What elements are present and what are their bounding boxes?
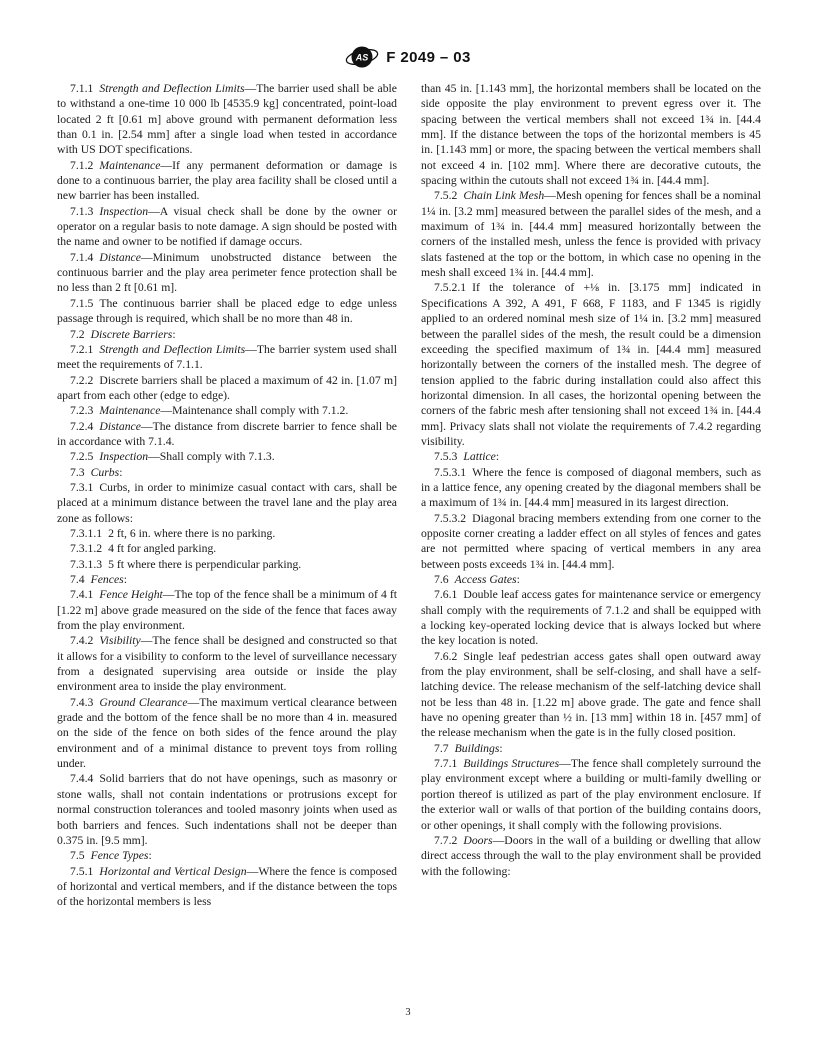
paragraph: 7.5.1Horizontal and Vertical Design—Wher… bbox=[57, 864, 397, 910]
section-number: 7.2.2 bbox=[70, 374, 99, 387]
paragraph: 7.1.2Maintenance—If any permanent deform… bbox=[57, 158, 397, 204]
section-title: Access Gates bbox=[455, 573, 517, 586]
section-number: 7.1.4 bbox=[70, 251, 99, 264]
section-number: 7.4 bbox=[70, 573, 91, 586]
paragraph: 7.2.2Discrete barriers shall be placed a… bbox=[57, 373, 397, 404]
section-title: Chain Link Mesh bbox=[463, 189, 544, 202]
section-title: Curbs bbox=[91, 466, 120, 479]
section-number: 7.1.1 bbox=[70, 82, 99, 95]
paragraph-text: Where the fence is composed of diagonal … bbox=[421, 466, 761, 510]
section-title: Fence Types bbox=[91, 849, 149, 862]
page-footer: 3 bbox=[0, 1007, 816, 1018]
section-number: 7.7.1 bbox=[434, 757, 463, 770]
section-number: 7.5.2 bbox=[434, 189, 463, 202]
section-title: Ground Clearance bbox=[99, 696, 187, 709]
paragraph: 7.4Fences: bbox=[57, 572, 397, 587]
paragraph: 7.3Curbs: bbox=[57, 465, 397, 480]
section-number: 7.4.2 bbox=[70, 634, 99, 647]
paragraph: 7.2.1Strength and Deflection Limits—The … bbox=[57, 342, 397, 373]
paragraph: 7.7.1Buildings Structures—The fence shal… bbox=[421, 756, 761, 833]
paragraph: 7.5.3.1Where the fence is composed of di… bbox=[421, 465, 761, 511]
section-title: Strength and Deflection Limits bbox=[99, 82, 244, 95]
section-number: 7.1.5 bbox=[70, 297, 99, 310]
paragraph-text: : bbox=[148, 849, 151, 862]
section-title: Fence Height bbox=[99, 588, 162, 601]
page-number: 3 bbox=[405, 1007, 410, 1018]
paragraph: 7.6Access Gates: bbox=[421, 572, 761, 587]
section-number: 7.3.1.3 bbox=[70, 558, 108, 571]
document-body: 7.1.1Strength and Deflection Limits—The … bbox=[57, 81, 761, 910]
section-number: 7.3.1.1 bbox=[70, 527, 108, 540]
section-title: Buildings Structures bbox=[463, 757, 559, 770]
paragraph: 7.5.3.2Diagonal bracing members extendin… bbox=[421, 511, 761, 572]
section-title: Strength and Deflection Limits bbox=[99, 343, 245, 356]
paragraph: than 45 in. [1.143 mm], the horizontal m… bbox=[421, 81, 761, 188]
paragraph: 7.2.3Maintenance—Maintenance shall compl… bbox=[57, 403, 397, 418]
section-number: 7.2.1 bbox=[70, 343, 99, 356]
section-title: Buildings bbox=[455, 742, 500, 755]
paragraph: 7.4.1Fence Height—The top of the fence s… bbox=[57, 587, 397, 633]
paragraph-text: —Shall comply with 7.1.3. bbox=[148, 450, 275, 463]
section-number: 7.6 bbox=[434, 573, 455, 586]
section-number: 7.4.4 bbox=[70, 772, 99, 785]
paragraph-text: 5 ft where there is perpendicular parkin… bbox=[108, 558, 301, 571]
section-title: Distance bbox=[99, 420, 141, 433]
paragraph: 7.4.2Visibility—The fence shall be desig… bbox=[57, 633, 397, 694]
section-number: 7.1.3 bbox=[70, 205, 99, 218]
paragraph: 7.5Fence Types: bbox=[57, 848, 397, 863]
paragraph: 7.3.1.12 ft, 6 in. where there is no par… bbox=[57, 526, 397, 541]
section-number: 7.3.1.2 bbox=[70, 542, 108, 555]
section-title: Maintenance bbox=[99, 159, 160, 172]
paragraph: 7.7Buildings: bbox=[421, 741, 761, 756]
section-title: Distance bbox=[99, 251, 141, 264]
section-number: 7.3.1 bbox=[70, 481, 99, 494]
paragraph: 7.2.5Inspection—Shall comply with 7.1.3. bbox=[57, 449, 397, 464]
section-number: 7.6.1 bbox=[434, 588, 463, 601]
paragraph: 7.5.2.1If the tolerance of +⅛ in. [3.175… bbox=[421, 280, 761, 449]
paragraph: 7.4.3Ground Clearance—The maximum vertic… bbox=[57, 695, 397, 772]
section-number: 7.5.3.2 bbox=[434, 512, 472, 525]
paragraph-text: : bbox=[119, 466, 122, 479]
section-number: 7.4.1 bbox=[70, 588, 99, 601]
section-number: 7.7.2 bbox=[434, 834, 463, 847]
section-title: Lattice bbox=[463, 450, 495, 463]
left-column: 7.1.1Strength and Deflection Limits—The … bbox=[57, 81, 397, 910]
section-title: Fences bbox=[91, 573, 124, 586]
paragraph: 7.5.2Chain Link Mesh—Mesh opening for fe… bbox=[421, 188, 761, 280]
paragraph: 7.7.2Doors—Doors in the wall of a buildi… bbox=[421, 833, 761, 879]
paragraph-text: Double leaf access gates for maintenance… bbox=[421, 588, 761, 647]
section-title: Horizontal and Vertical Design bbox=[99, 865, 246, 878]
paragraph-text: than 45 in. [1.143 mm], the horizontal m… bbox=[421, 82, 761, 187]
paragraph: 7.6.2Single leaf pedestrian access gates… bbox=[421, 649, 761, 741]
section-number: 7.5 bbox=[70, 849, 91, 862]
paragraph-text: Discrete barriers shall be placed a maxi… bbox=[57, 374, 397, 402]
paragraph: 7.3.1Curbs, in order to minimize casual … bbox=[57, 480, 397, 526]
section-number: 7.4.3 bbox=[70, 696, 99, 709]
section-number: 7.5.2.1 bbox=[434, 281, 472, 294]
paragraph: 7.3.1.24 ft for angled parking. bbox=[57, 541, 397, 556]
section-title: Doors bbox=[463, 834, 492, 847]
paragraph-text: : bbox=[499, 742, 502, 755]
right-column: than 45 in. [1.143 mm], the horizontal m… bbox=[421, 81, 761, 910]
paragraph: 7.2Discrete Barriers: bbox=[57, 327, 397, 342]
section-number: 7.1.2 bbox=[70, 159, 99, 172]
svg-text:AS: AS bbox=[355, 53, 369, 63]
paragraph-text: The continuous barrier shall be placed e… bbox=[57, 297, 397, 325]
paragraph-text: Solid barriers that do not have openings… bbox=[57, 772, 397, 846]
paragraph-text: Diagonal bracing members extending from … bbox=[421, 512, 761, 571]
paragraph-text: Curbs, in order to minimize casual conta… bbox=[57, 481, 397, 525]
section-title: Discrete Barriers bbox=[91, 328, 173, 341]
section-number: 7.7 bbox=[434, 742, 455, 755]
paragraph: 7.1.1Strength and Deflection Limits—The … bbox=[57, 81, 397, 158]
astm-logo-icon: AS TM bbox=[345, 44, 379, 70]
paragraph-text: If the tolerance of +⅛ in. [3.175 mm] in… bbox=[421, 281, 761, 447]
paragraph-text: : bbox=[496, 450, 499, 463]
paragraph-text: 4 ft for angled parking. bbox=[108, 542, 216, 555]
paragraph-text: : bbox=[517, 573, 520, 586]
paragraph: 7.3.1.35 ft where there is perpendicular… bbox=[57, 557, 397, 572]
section-number: 7.2.3 bbox=[70, 404, 99, 417]
page-header: AS TM F 2049 – 03 bbox=[0, 44, 816, 70]
section-number: 7.5.1 bbox=[70, 865, 99, 878]
paragraph: 7.5.3Lattice: bbox=[421, 449, 761, 464]
paragraph-text: Single leaf pedestrian access gates shal… bbox=[421, 650, 761, 740]
section-number: 7.3 bbox=[70, 466, 91, 479]
paragraph: 7.4.4Solid barriers that do not have ope… bbox=[57, 771, 397, 848]
paragraph-text: : bbox=[124, 573, 127, 586]
section-title: Inspection bbox=[99, 205, 148, 218]
paragraph: 7.2.4Distance—The distance from discrete… bbox=[57, 419, 397, 450]
section-number: 7.2.5 bbox=[70, 450, 99, 463]
section-number: 7.2.4 bbox=[70, 420, 99, 433]
paragraph: 7.1.3Inspection—A visual check shall be … bbox=[57, 204, 397, 250]
section-number: 7.2 bbox=[70, 328, 91, 341]
paragraph: 7.1.4Distance—Minimum unobstructed dista… bbox=[57, 250, 397, 296]
document-page: AS TM F 2049 – 03 7.1.1Strength and Defl… bbox=[0, 0, 816, 1056]
section-title: Maintenance bbox=[99, 404, 160, 417]
section-number: 7.5.3.1 bbox=[434, 466, 472, 479]
paragraph: 7.6.1Double leaf access gates for mainte… bbox=[421, 587, 761, 648]
paragraph-text: —Mesh opening for fences shall be a nomi… bbox=[421, 189, 761, 279]
section-number: 7.5.3 bbox=[434, 450, 463, 463]
doc-code: F 2049 – 03 bbox=[386, 49, 470, 66]
section-number: 7.6.2 bbox=[434, 650, 463, 663]
paragraph: 7.1.5The continuous barrier shall be pla… bbox=[57, 296, 397, 327]
paragraph-text: 2 ft, 6 in. where there is no parking. bbox=[108, 527, 275, 540]
section-title: Visibility bbox=[99, 634, 140, 647]
paragraph-text: : bbox=[172, 328, 175, 341]
section-title: Inspection bbox=[99, 450, 148, 463]
paragraph-text: —Maintenance shall comply with 7.1.2. bbox=[160, 404, 348, 417]
